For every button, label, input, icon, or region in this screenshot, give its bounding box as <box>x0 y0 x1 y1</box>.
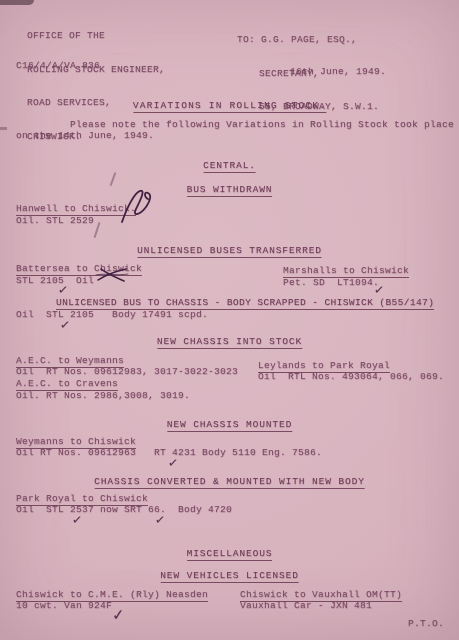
handwritten-check-mark: ✓ <box>154 512 166 527</box>
section-heading-new-chassis-mounted: NEW CHASSIS MOUNTED <box>167 419 292 432</box>
section-heading-new-vehicles-licensed: NEW VEHICLES LICENSED <box>160 570 299 583</box>
region-heading: CENTRAL. <box>203 160 256 173</box>
handwritten-x-mark <box>94 266 130 284</box>
section-heading-new-chassis-into-stock: NEW CHASSIS INTO STOCK <box>157 336 302 349</box>
pto-note: P.T.O. <box>408 618 444 629</box>
section-heading-chassis-converted: CHASSIS CONVERTED & MOUNTED WITH NEW BOD… <box>94 476 365 489</box>
handwritten-check-mark: ✓ <box>59 317 71 332</box>
pencil-stroke <box>94 222 100 238</box>
section-heading-unlicensed-transferred: UNLICENSED BUSES TRANSFERRED <box>137 245 322 258</box>
vehicle-detail: Pet. SD LT1094. <box>283 277 379 288</box>
handwritten-check-mark: ✓ <box>57 282 69 297</box>
section-heading-bus-withdrawn: BUS WITHDRAWN <box>187 184 273 197</box>
vehicle-detail: Vauxhall Car - JXN 481 <box>240 600 372 611</box>
vehicle-detail: Oil. STL 2529 <box>16 215 94 226</box>
handwritten-check-mark: ✓ <box>167 455 179 470</box>
handwritten-check-mark: ✓ <box>111 606 125 625</box>
intro-line: Please note the following Variations in … <box>70 119 454 130</box>
intro-line: on the 14th June, 1949. <box>16 130 154 141</box>
document-page: OFFICE OF THE ROLLING STOCK ENGINEER, RO… <box>0 0 459 640</box>
reference-number: C16/4/A/VA.836 <box>16 60 100 71</box>
vehicle-detail: Oil RTL Nos. 493064, 066, 069. <box>258 371 444 382</box>
vehicle-detail: Oil STL 2105 Body 17491 scpd. <box>16 309 208 320</box>
handwritten-check-mark: ✓ <box>71 512 83 527</box>
scan-artifact <box>0 127 7 130</box>
vehicle-detail: Oil STL 2537 now SRT 66. Body 4720 <box>16 504 232 515</box>
vehicle-detail: Oil. RT Nos. 2986,3008, 3019. <box>16 390 190 401</box>
recipient-address-line: TO: G.G. PAGE, ESQ., <box>237 34 379 46</box>
vehicle-detail: STL 2105 Oil <box>16 275 94 286</box>
handwritten-check-mark: ✓ <box>373 282 385 297</box>
vehicle-detail: Oil RT Nos. 09612983, 3017-3022-3023 <box>16 366 238 377</box>
scan-artifact <box>0 0 34 5</box>
vehicle-detail: 10 cwt. Van 924F <box>16 600 112 611</box>
handwritten-initials-mark <box>112 184 158 230</box>
section-heading-miscellaneous: MISCELLANEOUS <box>187 548 273 561</box>
document-date: 16th June, 1949. <box>290 66 386 77</box>
sender-address-line: OFFICE OF THE <box>27 30 165 42</box>
document-title: VARIATIONS IN ROLLING STOCK. <box>133 100 326 113</box>
